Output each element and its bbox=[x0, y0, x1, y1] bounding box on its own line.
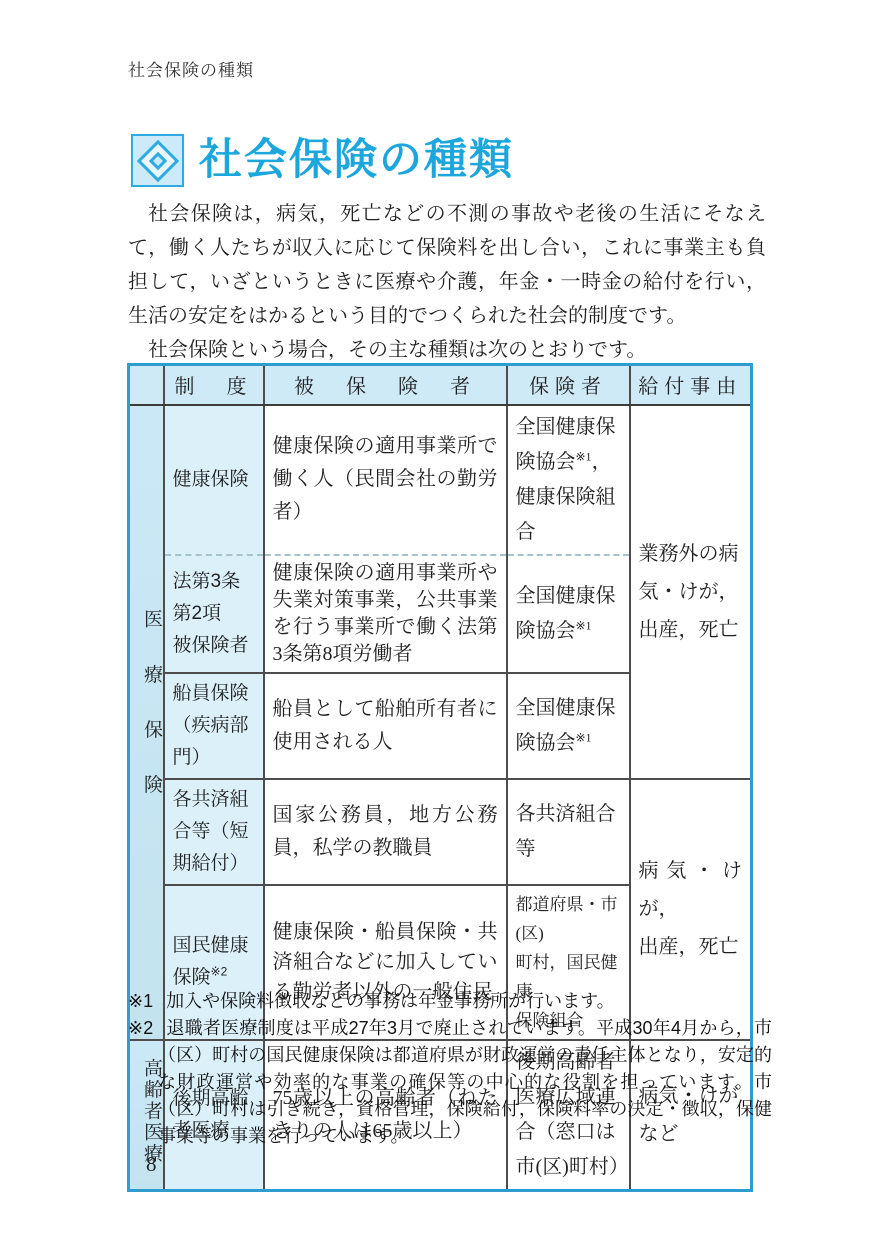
insurer-cell: 全国健康保 険協会※1 bbox=[507, 555, 630, 673]
table-header-row: 制 度 被 保 険 者 保険者 給付事由 bbox=[129, 365, 752, 405]
footnote-1: ※1加入や保険料徴収などの事務は年金事務所が行います。 bbox=[128, 988, 772, 1015]
intro-paragraph-2: 社会保険という場合，その主な種類は次のとおりです。 bbox=[128, 333, 766, 367]
system-cell: 法第3条 第2項 被保険者 bbox=[164, 555, 264, 673]
diamond-icon bbox=[131, 134, 184, 187]
footnote-2-label: ※2 bbox=[128, 1018, 153, 1038]
column-header-system: 制 度 bbox=[164, 365, 264, 405]
footnote-2: ※2退職者医療制度は平成27年3月で廃止されています。平成30年4月から，市（区… bbox=[128, 1015, 772, 1150]
footnotes: ※1加入や保険料徴収などの事務は年金事務所が行います。 ※2退職者医療制度は平成… bbox=[128, 988, 772, 1150]
system-cell: 船員保険 （疾病部門） bbox=[164, 673, 264, 779]
insurer-cell: 各共済組合 等 bbox=[507, 779, 630, 885]
row-group-medical-insurance: 医療保険 bbox=[129, 405, 164, 1040]
table-row: 各共済組 合等（短 期給付） 国家公務員，地方公務員，私学の教職員 各共済組合 … bbox=[129, 779, 752, 885]
system-cell: 各共済組 合等（短 期給付） bbox=[164, 779, 264, 885]
table-row: 医療保険 健康保険 健康保険の適用事業所で働く人（民間会社の勤労者） 全国健康保… bbox=[129, 405, 752, 555]
insurer-cell: 全国健康保 険協会※1 bbox=[507, 673, 630, 779]
running-head: 社会保険の種類 bbox=[128, 56, 254, 81]
column-header-insured: 被 保 険 者 bbox=[264, 365, 507, 405]
footnote-1-text: 加入や保険料徴収などの事務は年金事務所が行います。 bbox=[166, 991, 615, 1011]
column-header-benefit: 給付事由 bbox=[630, 365, 752, 405]
insurer-cell: 全国健康保 険協会※1， 健康保険組合 bbox=[507, 405, 630, 555]
insured-cell: 船員として船舶所有者に使用される人 bbox=[264, 673, 507, 779]
column-header-insurer: 保険者 bbox=[507, 365, 630, 405]
insured-cell: 国家公務員，地方公務員，私学の教職員 bbox=[264, 779, 507, 885]
intro-paragraph-1: 社会保険は，病気，死亡などの不測の事故や老後の生活にそなえて，働く人たちが収入に… bbox=[128, 197, 766, 333]
document-page: 社会保険の種類 社会保険の種類 社会保険は，病気，死亡などの不測の事故や老後の生… bbox=[0, 0, 875, 1240]
column-header-group bbox=[129, 365, 164, 405]
page-number: 8 bbox=[146, 1152, 157, 1177]
benefit-cell-offwork: 業務外の病 気・けが， 出産，死亡 bbox=[630, 405, 752, 779]
section-title: 社会保険の種類 bbox=[131, 134, 514, 187]
page-title: 社会保険の種類 bbox=[199, 139, 514, 182]
footnote-1-label: ※1 bbox=[128, 991, 153, 1011]
insured-cell: 健康保険の適用事業所で働く人（民間会社の勤労者） bbox=[264, 405, 507, 555]
insured-cell: 健康保険の適用事業所や失業対策事業，公共事業を行う事業所で働く法第3条第8項労働… bbox=[264, 555, 507, 673]
system-cell: 健康保険 bbox=[164, 405, 264, 555]
intro-text: 社会保険は，病気，死亡などの不測の事故や老後の生活にそなえて，働く人たちが収入に… bbox=[128, 197, 766, 367]
footnote-2-text: 退職者医療制度は平成27年3月で廃止されています。平成30年4月から，市（区）町… bbox=[158, 1018, 772, 1146]
